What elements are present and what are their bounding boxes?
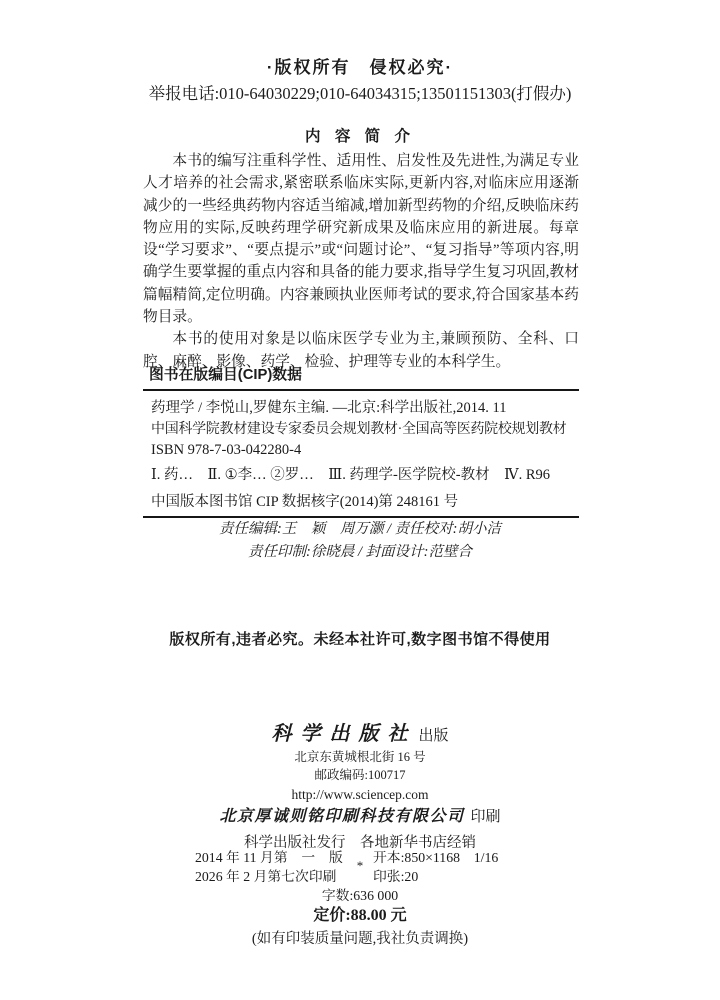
edition-row-2: 2026 年 2 月第七次印刷 印张:20 [195,867,525,886]
staff-credits: 责任编辑:王 颖 周万灏 / 责任校对:胡小洁 责任印制:徐晓晨 / 封面设计:… [0,518,720,564]
staff-editors-line: 责任编辑:王 颖 周万灏 / 责任校对:胡小洁 [0,518,720,541]
publisher-postcode: 邮政编码:100717 [0,768,720,782]
cip-record-line: 中国版本图书馆 CIP 数据核字(2014)第 248161 号 [151,492,579,513]
cip-isbn-line: ISBN 978-7-03-042280-4 [151,440,579,461]
cip-top-rule [143,389,579,391]
content-intro-title: 内 容 简 介 [0,124,720,146]
printing-date: 2026 年 2 月第七次印刷 [195,867,373,886]
cip-classification-line: Ⅰ. 药… Ⅱ. ①李… ②罗… Ⅲ. 药理学-医学院校-教材 Ⅳ. R96 [151,465,579,486]
quality-note: (如有印装质量问题,我社负责调换) [0,930,720,949]
cip-series-line: 中国科学院教材建设专家委员会规划教材·全国高等医药院校规划教材 [151,419,579,440]
printer-line: 北京厚诚则铭印刷科技有限公司印刷 [0,808,720,826]
copyright-page: ·版权所有 侵权必究· 举报电话:010-64030229;010-640343… [0,0,720,1000]
cip-data-block: 图书在版编目(CIP)数据 药理学 / 李悦山,罗健东主编. —北京:科学出版社… [143,366,579,518]
word-count: 字数:636 000 [0,886,720,905]
sheet-count: 印张:20 [373,867,525,886]
report-phone-line: 举报电话:010-64030229;010-64034315;135011513… [0,80,720,104]
publish-label: 出版 [418,728,448,744]
edition-rows: 2014 年 11 月第 一 版 开本:850×1168 1/16 2026 年… [195,848,525,886]
price: 定价:88.00 元 [0,906,720,926]
publisher-address: 北京东黄城根北街 16 号 [0,750,720,764]
printer-name: 北京厚诚则铭印刷科技有限公司 [219,808,464,825]
rights-notice: 版权所有,违者必究。未经本社许可,数字图书馆不得使用 [0,628,720,649]
publisher-name: 科学出版社 [271,723,416,745]
publisher-website: http://www.sciencep.com [0,787,720,802]
edition-date-first: 2014 年 11 月第 一 版 [195,848,373,867]
printer-label: 印刷 [471,809,501,825]
edition-block: 2014 年 11 月第 一 版 开本:850×1168 1/16 2026 年… [0,848,720,949]
content-intro-text: 本书的编写注重科学性、适用性、启发性及先进性,为满足专业人才培养的社会需求,紧密… [143,150,579,373]
cip-title-line: 药理学 / 李悦山,罗健东主编. —北京:科学出版社,2014. 11 [151,398,579,419]
cip-body: 药理学 / 李悦山,罗健东主编. —北京:科学出版社,2014. 11 中国科学… [143,398,579,513]
intro-paragraph-1: 本书的编写注重科学性、适用性、启发性及先进性,为满足专业人才培养的社会需求,紧密… [143,150,579,328]
copyright-notice-header: ·版权所有 侵权必究· [0,53,720,78]
format-size: 开本:850×1168 1/16 [373,848,525,867]
staff-printing-line: 责任印制:徐晓晨 / 封面设计:范壁合 [0,541,720,564]
cip-heading: 图书在版编目(CIP)数据 [143,366,579,384]
publisher-line: 科学出版社出版 [0,724,720,744]
edition-row-1: 2014 年 11 月第 一 版 开本:850×1168 1/16 [195,848,525,867]
